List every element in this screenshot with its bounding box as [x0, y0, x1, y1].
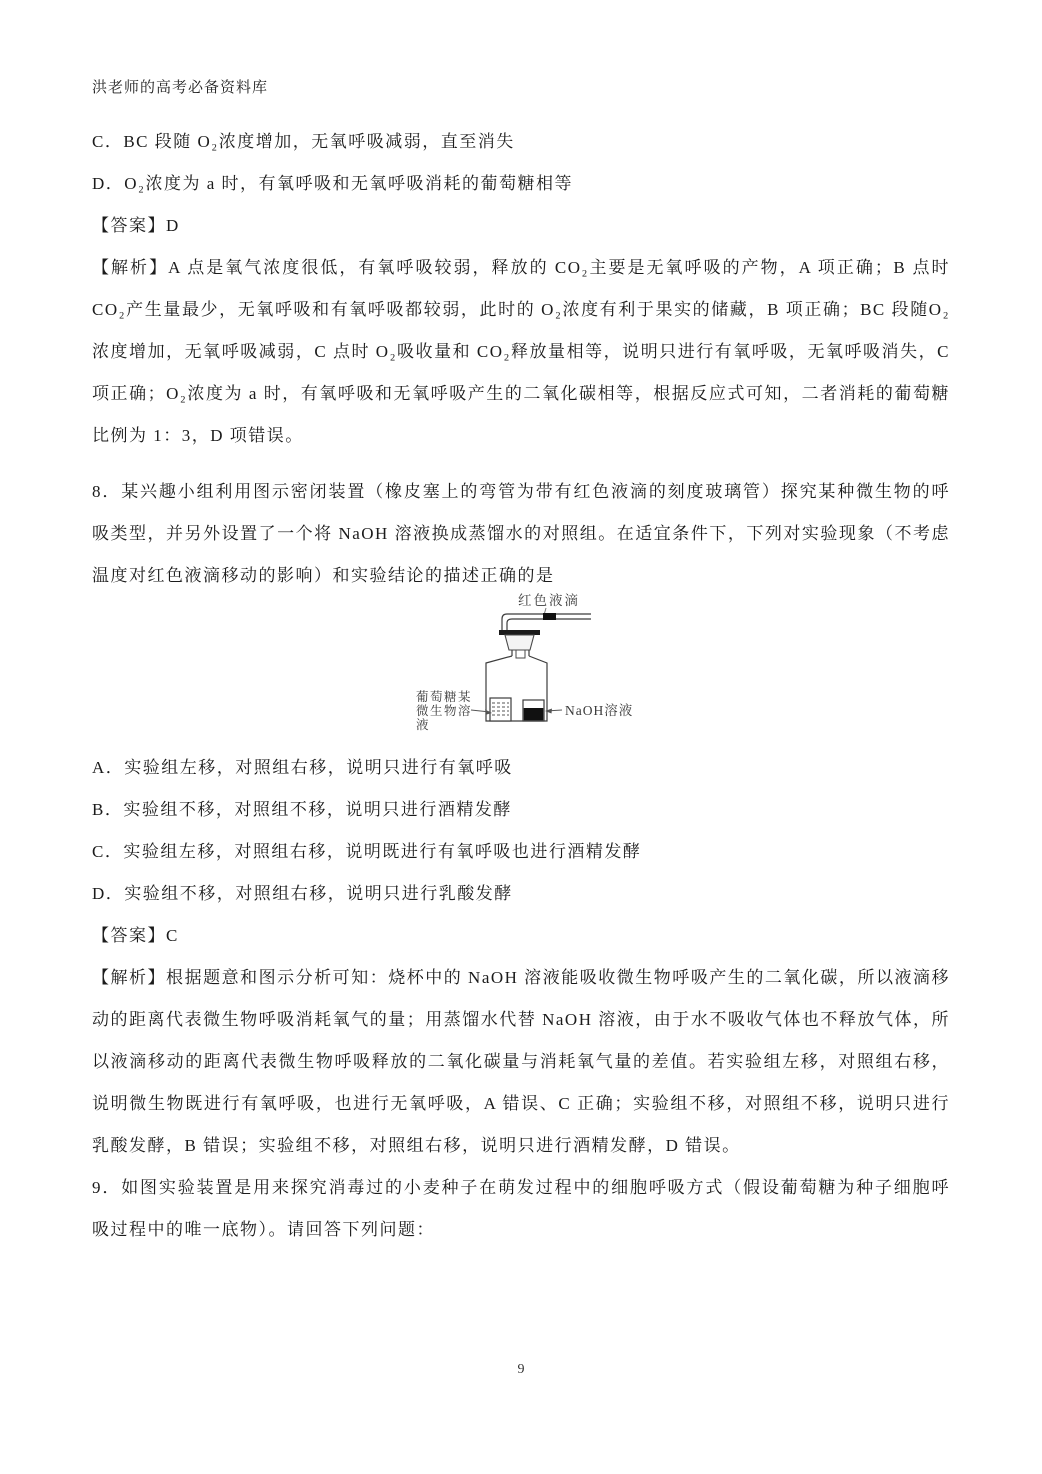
- page-header: 洪老师的高考必备资料库: [92, 76, 268, 97]
- red-droplet-label: 红色液滴: [518, 592, 580, 608]
- svg-text:NaOH溶液: NaOH溶液: [565, 702, 633, 718]
- document-page: 洪老师的高考必备资料库 C．BC 段随 O₂浓度增加，无氧呼吸减弱，直至消失 D…: [0, 0, 1042, 1474]
- red-droplet-mark: [543, 613, 556, 620]
- svg-text:液: 液: [416, 717, 430, 732]
- svg-text:微生物溶: 微生物溶: [416, 703, 472, 718]
- naoh-beaker: [523, 700, 544, 721]
- rubber-stopper: [499, 630, 540, 658]
- glucose-beaker: [490, 698, 511, 721]
- svg-text:葡萄糖某: 葡萄糖某: [416, 689, 472, 704]
- q8-option-d: D．实验组不移，对照组右移，说明只进行乳酸发酵: [92, 873, 950, 915]
- naoh-label: NaOH溶液: [545, 702, 633, 718]
- q7-answer: 【答案】D: [92, 205, 950, 247]
- q7-analysis: 【解析】A 点是氧气浓度很低，有氧呼吸较弱，释放的 CO₂主要是无氧呼吸的产物，…: [92, 247, 950, 457]
- q9-stem: 9．如图实验装置是用来探究消毒过的小麦种子在萌发过程中的细胞呼吸方式（假设葡萄糖…: [92, 1167, 950, 1251]
- naoh-label-arrowhead: [545, 709, 552, 714]
- q8-answer: 【答案】C: [92, 915, 950, 957]
- page-number: 9: [0, 1362, 1042, 1378]
- q7-option-d: D．O₂浓度为 a 时，有氧呼吸和无氧呼吸消耗的葡萄糖相等: [92, 163, 950, 205]
- q8-stem: 8．某兴趣小组利用图示密闭装置（橡皮塞上的弯管为带有红色液滴的刻度玻璃管）探究某…: [92, 471, 950, 597]
- q7-option-c: C．BC 段随 O₂浓度增加，无氧呼吸减弱，直至消失: [92, 121, 950, 163]
- document-content: C．BC 段随 O₂浓度增加，无氧呼吸减弱，直至消失 D．O₂浓度为 a 时，有…: [92, 121, 950, 1251]
- q8-apparatus-figure: 红色液滴: [92, 589, 950, 747]
- q8-analysis: 【解析】根据题意和图示分析可知：烧杯中的 NaOH 溶液能吸收微生物呼吸产生的二…: [92, 957, 950, 1167]
- q8-option-c: C．实验组左移，对照组右移，说明既进行有氧呼吸也进行酒精发酵: [92, 831, 950, 873]
- apparatus-diagram: 红色液滴: [408, 589, 648, 747]
- glucose-beaker-label: 葡萄糖某 微生物溶 液: [416, 689, 492, 732]
- q8-option-b: B．实验组不移，对照组不移，说明只进行酒精发酵: [92, 789, 950, 831]
- q8-option-a: A．实验组左移，对照组右移，说明只进行有氧呼吸: [92, 747, 950, 789]
